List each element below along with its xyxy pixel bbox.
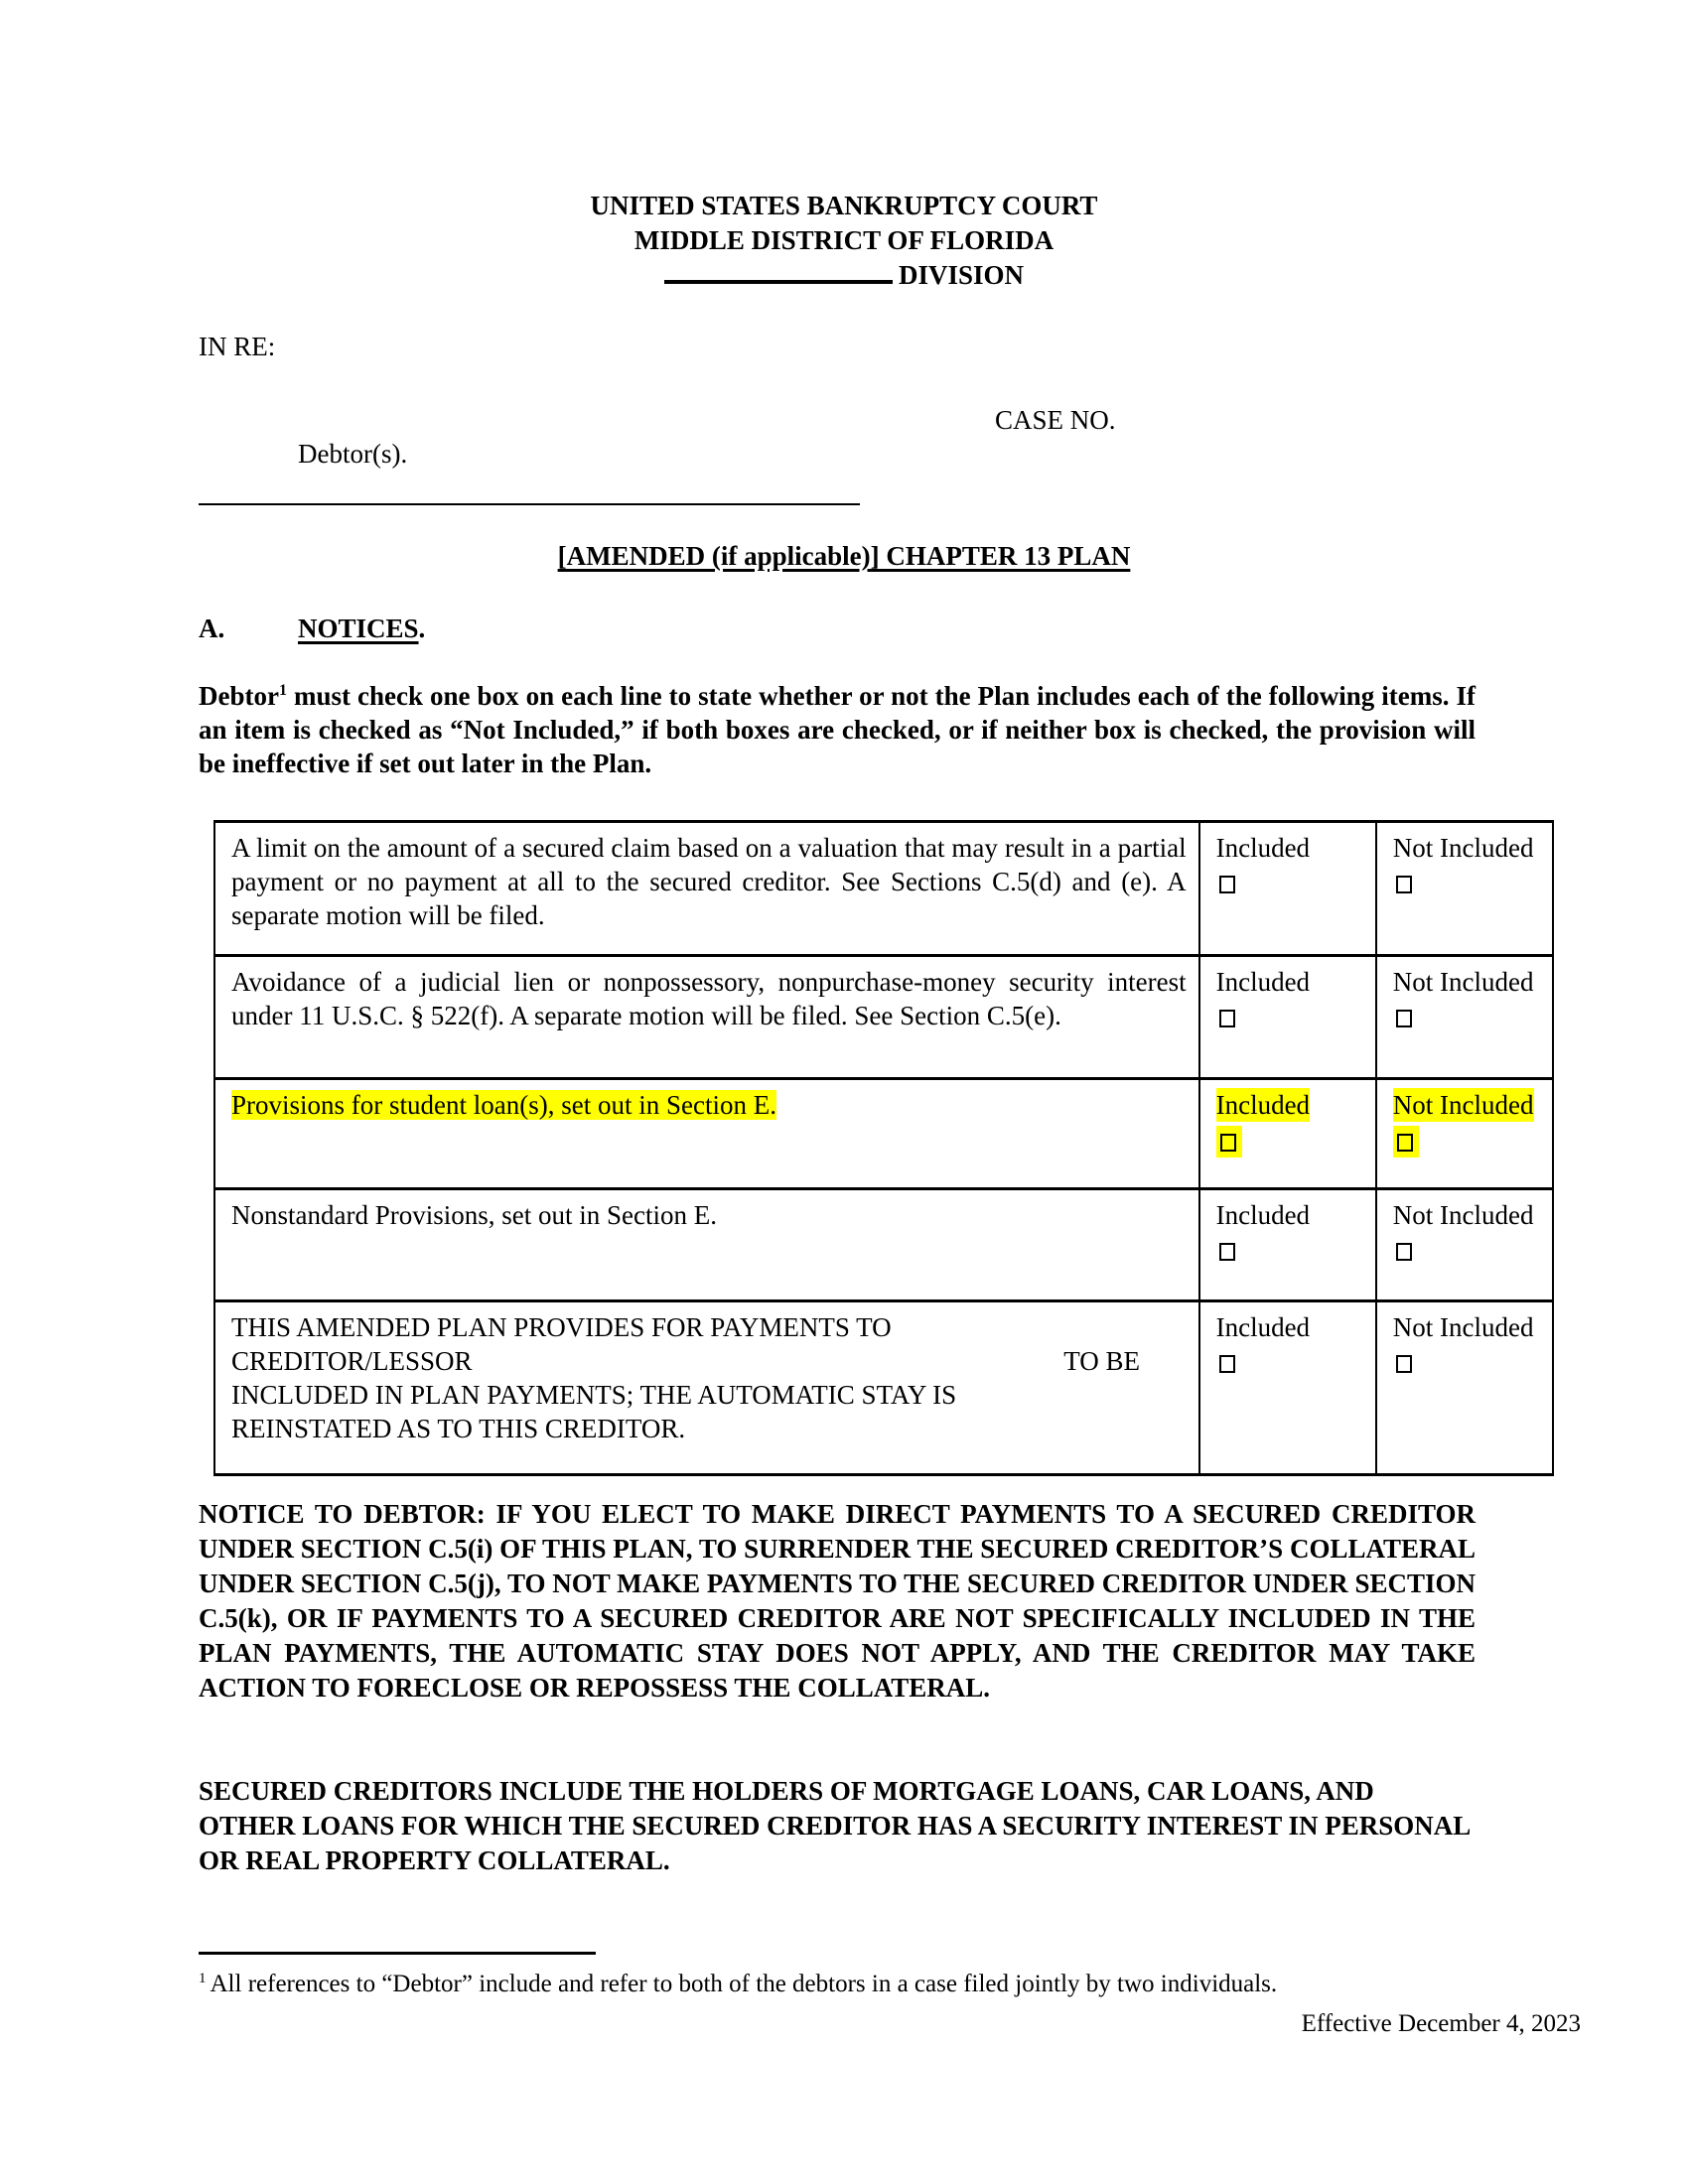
not-included-checkbox[interactable]: [1393, 1007, 1415, 1028]
table-row: THIS AMENDED PLAN PROVIDES FOR PAYMENTS …: [214, 1301, 1553, 1475]
row-description: A limit on the amount of a secured claim…: [214, 822, 1199, 956]
footnote-number: 1: [199, 1971, 207, 1986]
description-text: A limit on the amount of a secured claim…: [231, 831, 1187, 932]
row-description: Nonstandard Provisions, set out in Secti…: [214, 1189, 1199, 1301]
table-row: Provisions for student loan(s), set out …: [214, 1079, 1553, 1189]
row-description: Avoidance of a judicial lien or nonposse…: [214, 956, 1199, 1079]
division-blank-field[interactable]: [664, 258, 893, 284]
not-included-cell: Not Included: [1376, 956, 1553, 1079]
caption-divider: [199, 503, 860, 505]
section-title-suffix: .: [419, 614, 426, 643]
not-included-cell: Not Included: [1376, 1301, 1553, 1475]
not-included-checkbox[interactable]: [1393, 1352, 1415, 1374]
in-re-label: IN RE:: [199, 330, 275, 363]
footnote-ref[interactable]: 1: [279, 682, 287, 699]
included-label: Included: [1216, 1198, 1310, 1232]
row-description: THIS AMENDED PLAN PROVIDES FOR PAYMENTS …: [214, 1301, 1199, 1475]
table-row: Nonstandard Provisions, set out in Secti…: [214, 1189, 1553, 1301]
creditor-lessor-label: CREDITOR/LESSOR: [231, 1344, 473, 1378]
included-cell: Included: [1199, 1079, 1376, 1189]
included-checkbox[interactable]: [1216, 1240, 1238, 1262]
not-included-label: Not Included: [1393, 831, 1534, 865]
description-line: INCLUDED IN PLAN PAYMENTS; THE AUTOMATIC…: [231, 1378, 1187, 1412]
included-checkbox[interactable]: [1216, 1352, 1238, 1374]
included-cell: Included: [1199, 822, 1376, 956]
not-included-label: Not Included: [1393, 965, 1534, 999]
included-cell: Included: [1199, 1189, 1376, 1301]
division-line: DIVISION: [0, 258, 1688, 293]
section-letter: A.: [199, 612, 224, 645]
plan-title-text: [AMENDED (if applicable)] CHAPTER 13 PLA…: [558, 541, 1131, 571]
not-included-cell: Not Included: [1376, 1079, 1553, 1189]
included-checkbox[interactable]: [1216, 873, 1238, 894]
footnote-text: All references to “Debtor” include and r…: [211, 1971, 1278, 1997]
not-included-label: Not Included: [1393, 1088, 1534, 1122]
not-included-checkbox[interactable]: [1393, 1240, 1415, 1262]
included-cell: Included: [1199, 956, 1376, 1079]
included-label: Included: [1216, 831, 1310, 865]
table-row: Avoidance of a judicial lien or nonposse…: [214, 956, 1553, 1079]
row-description: Provisions for student loan(s), set out …: [214, 1079, 1199, 1189]
plan-title: [AMENDED (if applicable)] CHAPTER 13 PLA…: [0, 539, 1688, 573]
division-label: DIVISION: [899, 260, 1024, 290]
notices-table: A limit on the amount of a secured claim…: [213, 820, 1554, 1476]
included-label: Included: [1216, 1310, 1310, 1344]
description-text: Avoidance of a judicial lien or nonposse…: [231, 965, 1187, 1032]
creditor-line: CREDITOR/LESSOR TO BE: [231, 1344, 1140, 1378]
intro-paragraph: Debtor1 must check one box on each line …: [199, 679, 1476, 780]
description-line: THIS AMENDED PLAN PROVIDES FOR PAYMENTS …: [231, 1310, 1187, 1344]
description-text-highlighted: Provisions for student loan(s), set out …: [231, 1090, 776, 1120]
district-name: MIDDLE DISTRICT OF FLORIDA: [0, 223, 1688, 258]
court-header: UNITED STATES BANKRUPTCY COURT MIDDLE DI…: [0, 189, 1688, 293]
section-title: NOTICES.: [298, 612, 425, 645]
description-text: Nonstandard Provisions, set out in Secti…: [231, 1198, 1187, 1232]
not-included-cell: Not Included: [1376, 1189, 1553, 1301]
not-included-checkbox[interactable]: [1393, 873, 1415, 894]
included-checkbox[interactable]: [1216, 1126, 1242, 1158]
not-included-label: Not Included: [1393, 1198, 1534, 1232]
court-name: UNITED STATES BANKRUPTCY COURT: [0, 189, 1688, 223]
table-row: A limit on the amount of a secured claim…: [214, 822, 1553, 956]
included-checkbox[interactable]: [1216, 1007, 1238, 1028]
to-be-label: TO BE: [1063, 1344, 1140, 1378]
not-included-label: Not Included: [1393, 1310, 1534, 1344]
intro-text: must check one box on each line to state…: [199, 681, 1476, 778]
debtor-label: Debtor(s).: [298, 437, 407, 471]
footnote: 1All references to “Debtor” include and …: [199, 1970, 1277, 1999]
case-number-label: CASE NO.: [995, 403, 1116, 437]
notice-to-debtor: NOTICE TO DEBTOR: IF YOU ELECT TO MAKE D…: [199, 1497, 1476, 1706]
included-label: Included: [1216, 965, 1310, 999]
not-included-cell: Not Included: [1376, 822, 1553, 956]
secured-creditors-note: SECURED CREDITORS INCLUDE THE HOLDERS OF…: [199, 1774, 1476, 1878]
effective-date: Effective December 4, 2023: [1302, 2009, 1581, 2039]
footnote-divider: [199, 1952, 596, 1955]
description-line: REINSTATED AS TO THIS CREDITOR.: [231, 1412, 1187, 1445]
included-cell: Included: [1199, 1301, 1376, 1475]
section-title-text: NOTICES: [298, 614, 419, 643]
intro-lead: Debtor: [199, 681, 279, 711]
not-included-checkbox[interactable]: [1393, 1126, 1419, 1158]
creditor-name-field[interactable]: [473, 1344, 1064, 1378]
included-label: Included: [1216, 1088, 1310, 1122]
